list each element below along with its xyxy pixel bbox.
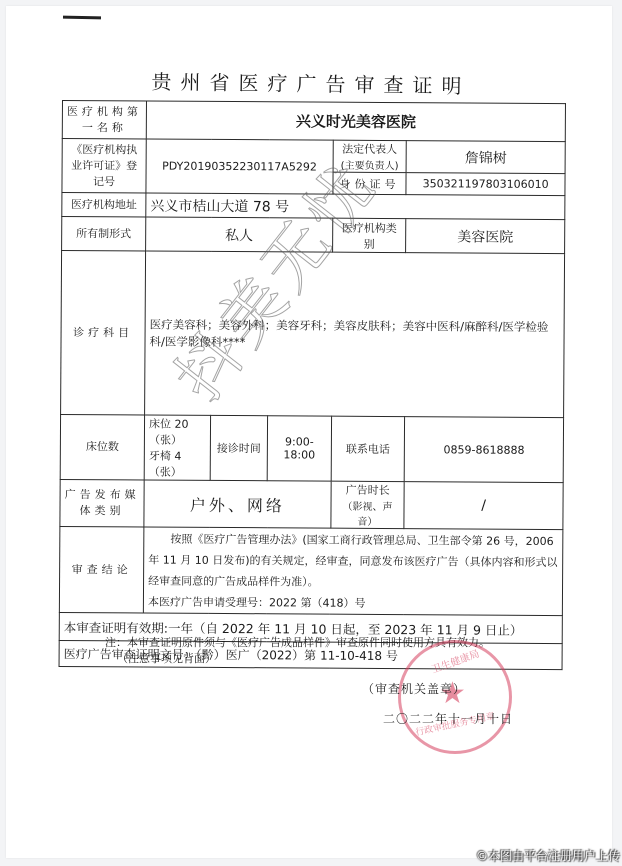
footnote: 注：本审查证明原件须与《医疗广告成品样件》审查原件同时使用方具有效力。 （注意事… (105, 635, 585, 667)
departments-label: 诊疗科目 (61, 251, 146, 416)
address-label: 医疗机构地址 (62, 193, 146, 218)
conclusion-value: 按照《医疗广告管理办法》(国家工商行政管理总局、卫生部令第 26 号，2006 … (143, 527, 562, 616)
license-value: PDY20190352230117A5292 (146, 139, 333, 194)
id-value: 350321197803106010 (406, 173, 565, 196)
seal-ring-text: 卫生健康局 (415, 640, 495, 681)
acceptance-number: 本医疗广告申请受理号：2022 第（418）号 (148, 591, 558, 615)
org-name-label: 医疗机构第一名称 (62, 101, 146, 140)
legal-rep-value: 詹锦树 (406, 141, 565, 174)
media-label: 广告发布媒体类别 (60, 479, 144, 527)
legal-rep-label: 法定代表人 (主要负责人) (333, 140, 407, 172)
legal-rep-title: 法定代表人 (337, 141, 402, 157)
phone-value: 0859-8618888 (404, 417, 563, 483)
duration-label: 广告时长 （影视、声音） (331, 481, 405, 528)
duration-title: 广告时长 (335, 482, 400, 498)
row-departments: 诊疗科目 医疗美容科；美容外科；美容牙科；美容皮肤科；美容中医科/麻醉科/医学检… (61, 251, 565, 418)
hours-value: 9:00-18:00 (267, 416, 331, 481)
footnote-line-2: （注意事项见背面） (105, 651, 585, 667)
duration-subtitle: （影视、声音） (335, 498, 400, 528)
row-ownership: 所有制形式 私人 医疗机构类别 美容医院 (62, 217, 565, 254)
departments-value: 医疗美容科；美容外科；美容牙科；美容皮肤科；美容中医科/麻醉科/医学检验科/医学… (145, 251, 565, 418)
row-license: 《医疗机构执业许可证》登记号 PDY20190352230117A5292 法定… (62, 139, 565, 174)
upload-credit: ©本图由平台注册用户上传 (476, 847, 620, 864)
row-media: 广告发布媒体类别 户外、网络 广告时长 （影视、声音） / (60, 479, 563, 529)
certificate-form: 医疗机构第一名称 兴义时光美容医院 《医疗机构执业许可证》登记号 PDY2019… (59, 100, 566, 670)
beds-count: 床位 20（张） (149, 416, 206, 448)
ownership-label: 所有制形式 (62, 217, 146, 252)
issue-date: 二〇二二年十一月十日 (383, 710, 513, 727)
row-beds: 床位数 床位 20（张） 牙椅 4（张） 接诊时间 9:00-18:00 联系电… (60, 414, 563, 482)
category-value: 美容医院 (406, 219, 565, 254)
footnote-line-1: 注：本审查证明原件须与《医疗广告成品样件》审查原件同时使用方具有效力。 (105, 635, 585, 651)
beds-label: 床位数 (60, 414, 144, 480)
conclusion-label: 审查结论 (59, 526, 144, 613)
row-address: 医疗机构地址 兴义市桔山大道 78 号 (62, 193, 565, 220)
official-seal: 卫生健康局 ★ 行政审批服务专用章 (398, 640, 512, 754)
corner-mark (63, 16, 101, 20)
certificate-table: 医疗机构第一名称 兴义时光美容医院 《医疗机构执业许可证》登记号 PDY2019… (59, 100, 566, 670)
seal-label: （审查机关盖章） (362, 680, 466, 697)
license-label: 《医疗机构执业许可证》登记号 (62, 139, 146, 194)
beds-value: 床位 20（张） 牙椅 4（张） (144, 415, 210, 480)
ownership-value: 私人 (146, 217, 333, 252)
media-value: 户外、网络 (144, 480, 331, 528)
duration-value: / (404, 482, 563, 530)
phone-label: 联系电话 (331, 416, 405, 481)
conclusion-text: 按照《医疗广告管理办法》(国家工商行政管理总局、卫生部令第 26 号，2006 … (148, 528, 558, 594)
hours-label: 接诊时间 (210, 415, 268, 480)
org-name-value: 兴义时光美容医院 (146, 101, 565, 142)
dental-chairs-count: 牙椅 4（张） (149, 448, 206, 480)
address-value: 兴义市桔山大道 78 号 (146, 193, 565, 220)
category-label: 医疗机构类别 (332, 218, 406, 252)
id-label: 身份证号 (333, 172, 407, 194)
legal-rep-subtitle: (主要负责人) (337, 157, 402, 172)
row-conclusion: 审查结论 按照《医疗广告管理办法》(国家工商行政管理总局、卫生部令第 26 号，… (59, 526, 563, 615)
row-org-name: 医疗机构第一名称 兴义时光美容医院 (62, 101, 565, 142)
